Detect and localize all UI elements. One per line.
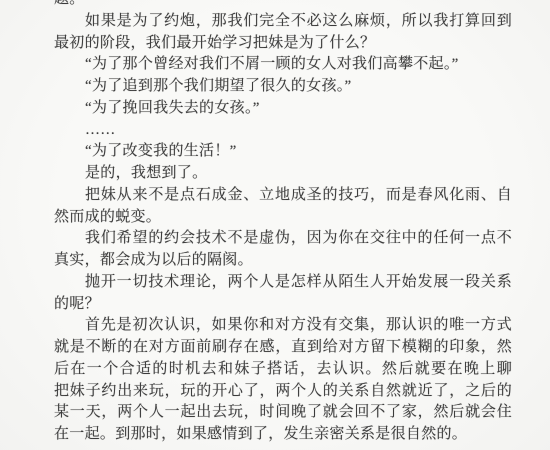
book-page: 题。如果是为了约炮，那我们完全不必这么麻烦，所以我打算回到最初的阶段，我们最开始… [0,0,550,450]
text-line: 在一起。到那时，如果感情到了，发生亲密关系是很自然的。 [54,424,512,446]
text-line: 抛开一切技术理论，两个人是怎样从陌生人开始发展一段关系 [54,272,512,294]
text-line: 我们希望的约会技术不是虚伪，因为你在交往中的任何一点不 [54,228,512,250]
text-line: 最初的阶段，我们最开始学习把妹是为了什么？ [54,33,512,55]
text-column: 题。如果是为了约炮，那我们完全不必这么麻烦，所以我打算回到最初的阶段，我们最开始… [54,0,512,446]
text-line: “为了追到那个我们期望了很久的女孩。” [54,76,512,98]
text-line: 题。 [54,0,512,11]
text-line: “为了那个曾经对我们不屑一顾的女人对我们高攀不起。” [54,54,512,76]
text-line: 后在一个合适的时机去和妹子搭话，去认识。然后就要在晚上聊天， [54,359,512,381]
text-line: 真实，都会成为以后的隔阂。 [54,250,512,272]
text-line: 是的，我想到了。 [54,163,512,185]
text-line: 就是不断的在对方面前刷存在感，直到给对方留下模糊的印象，然 [54,337,512,359]
text-line: …… [54,120,512,142]
text-line: 首先是初次认识，如果你和对方没有交集，那认识的唯一方式 [54,315,512,337]
text-line: 然而成的蜕变。 [54,207,512,229]
text-line: 某一天，两个人一起出去玩，时间晚了就会回不了家，然后就会住 [54,402,512,424]
text-line: 的呢？ [54,294,512,316]
text-line: “为了挽回我失去的女孩。” [54,98,512,120]
text-line: “为了改变我的生活！” [54,141,512,163]
text-line: 把妹子约出来玩，玩的开心了，两个人的关系自然就近了，之后的 [54,381,512,403]
text-line: 如果是为了约炮，那我们完全不必这么麻烦，所以我打算回到 [54,11,512,33]
text-line: 把妹从来不是点石成金、立地成圣的技巧，而是春风化雨、自 [54,185,512,207]
